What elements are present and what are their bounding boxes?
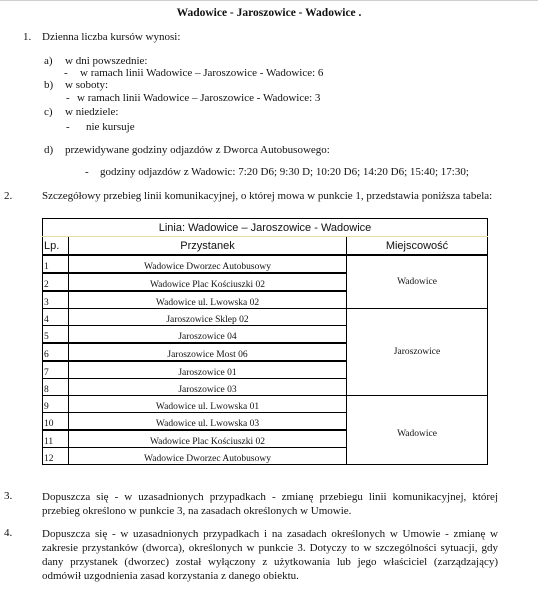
row-number: 12 (43, 448, 69, 465)
stop-name: Wadowice Dworzec Autobusowy (69, 448, 347, 465)
town-cell: Wadowice (347, 255, 488, 309)
column-header-lp: Lp. (43, 237, 69, 256)
stop-name: Jaroszowice 04 (69, 326, 347, 344)
stop-name: Jaroszowice 03 (69, 379, 347, 396)
item-b-dash: - (66, 92, 70, 105)
column-header-stop: Przystanek (69, 237, 347, 256)
item-b-label: w soboty: (65, 79, 108, 92)
town-cell: Wadowice (347, 396, 488, 465)
stop-name: Jaroszowice Most 06 (69, 343, 347, 361)
table-caption: Linia: Wadowice – Jaroszowice - Wadowice (43, 219, 488, 237)
item-d-dash: - (85, 166, 89, 179)
page-top-border (0, 0, 538, 1)
item-b-detail: w ramach linii Wadowice – Jaroszowice - … (77, 92, 320, 105)
table-row: 1 Wadowice Dworzec Autobusowy Wadowice (43, 255, 488, 273)
row-number: 9 (43, 396, 69, 413)
section3-number: 3. (4, 490, 12, 503)
item-d-label: przewidywane godziny odjazdów z Dworca A… (65, 144, 330, 157)
table-row: 9 Wadowice ul. Lwowska 01 Wadowice (43, 396, 488, 413)
item-c-dash: - (66, 121, 70, 134)
row-number: 10 (43, 413, 69, 431)
table-row: 4 Jaroszowice Sklep 02 Jaroszowice (43, 309, 488, 326)
row-number: 1 (43, 255, 69, 273)
item-d-marker: d) (44, 144, 53, 157)
section2-text: Szczegółowy przebieg linii komunikacyjne… (42, 190, 492, 203)
section4-text: Dopuszcza się - w uzasadnionych przypadk… (42, 527, 498, 583)
stop-name: Wadowice ul. Lwowska 02 (69, 291, 347, 309)
section2-number: 2. (4, 190, 12, 203)
stop-name: Jaroszowice Sklep 02 (69, 309, 347, 326)
stop-name: Wadowice ul. Lwowska 01 (69, 396, 347, 413)
stop-name: Wadowice Plac Kościuszki 02 (69, 273, 347, 291)
row-number: 11 (43, 430, 69, 448)
table-header-row: Lp. Przystanek Miejscowość (43, 237, 488, 256)
row-number: 6 (43, 343, 69, 361)
document-title: Wadowice - Jaroszowice - Wadowice . (0, 7, 538, 20)
row-number: 4 (43, 309, 69, 326)
section3-text: Dopuszcza się - w uzasadnionych przypadk… (42, 490, 498, 518)
stop-name: Wadowice ul. Lwowska 03 (69, 413, 347, 431)
row-number: 8 (43, 379, 69, 396)
column-header-town: Miejscowość (347, 237, 488, 256)
section1-heading: Dzienna liczba kursów wynosi: (42, 31, 180, 44)
item-d-detail: godziny odjazdów z Wadowic: 7:20 D6; 9:3… (100, 166, 469, 179)
stop-name: Jaroszowice 01 (69, 361, 347, 379)
section4-number: 4. (4, 527, 12, 540)
row-number: 7 (43, 361, 69, 379)
row-number: 5 (43, 326, 69, 344)
stop-name: Wadowice Dworzec Autobusowy (69, 255, 347, 273)
stop-name: Wadowice Plac Kościuszki 02 (69, 430, 347, 448)
item-a-detail: w ramach linii Wadowice – Jaroszowice - … (80, 67, 323, 80)
item-b-marker: b) (44, 79, 53, 92)
item-c-detail: nie kursuje (86, 121, 135, 134)
item-c-label: w niedziele: (65, 106, 118, 119)
item-a-marker: a) (44, 55, 53, 68)
town-cell: Jaroszowice (347, 309, 488, 396)
section1-number: 1. (23, 31, 31, 44)
row-number: 3 (43, 291, 69, 309)
row-number: 2 (43, 273, 69, 291)
route-table: Linia: Wadowice – Jaroszowice - Wadowice… (42, 218, 488, 465)
item-c-marker: c) (44, 106, 53, 119)
